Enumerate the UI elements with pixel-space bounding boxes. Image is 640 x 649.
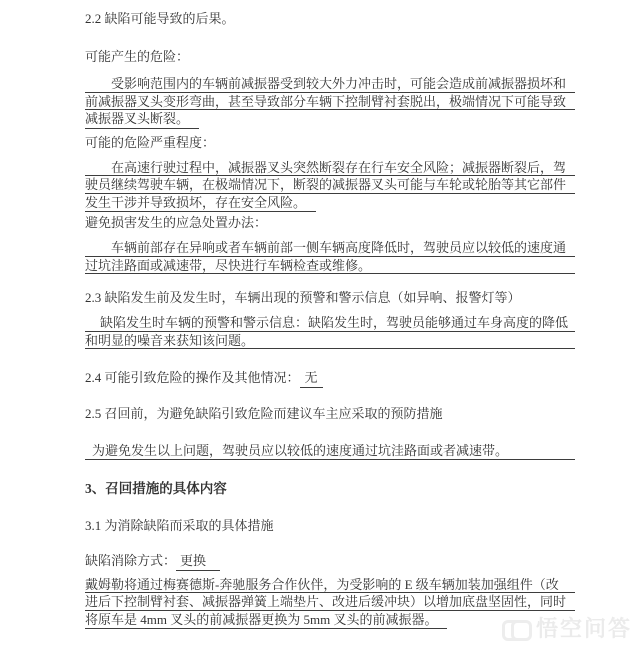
paragraph-line: 车辆前部存在异响或者车辆前部一侧车辆高度降低时，驾驶员应以较低的速度通: [85, 239, 575, 257]
paragraph-text: 减振器叉头断裂。: [85, 110, 199, 129]
section-heading-3-1: 3.1 为消除缺陷而采取的具体措施: [85, 517, 575, 535]
paragraph-text: 车辆前部存在异响或者车辆前部一侧车辆高度降低时，驾驶员应以较低的速度通: [111, 240, 566, 255]
severity-paragraph: 在高速行驶过程中，减振器叉头突然断裂存在行车安全风险；减振器断裂后，驾 驶员继续…: [85, 159, 575, 212]
paragraph-line: 前减振器叉头变形弯曲，甚至导致部分车辆下控制臂衬套脱出，极端情况下可能导致: [85, 93, 575, 111]
paragraph-line: 减振器叉头断裂。: [85, 110, 575, 128]
section-heading-2-2: 2.2 缺陷可能导致的后果。: [85, 10, 575, 28]
method-line: 缺陷消除方式：更换: [85, 552, 575, 571]
paragraph-line: 受影响范围内的车辆前减振器受到较大外力冲击时，可能会造成前减振器损坏和: [85, 75, 575, 93]
paragraph-text: 过坑洼路面或减速带，尽快进行车辆检查或维修。: [85, 258, 371, 273]
watermark-text: 悟空问答: [536, 612, 632, 643]
section-heading-2-3: 2.3 缺陷发生前及发生时，车辆出现的预警和警示信息（如异响、报警灯等）: [85, 289, 575, 307]
warning-paragraph: 缺陷发生时车辆的预警和警示信息：缺陷发生时，驾驶员能够通过车身高度的降低 和明显…: [85, 314, 575, 349]
section-heading-3: 3、召回措施的具体内容: [85, 480, 575, 498]
paragraph-text: 缺陷发生时车辆的预警和警示信息：缺陷发生时，驾驶员能够通过车身高度的降低: [100, 315, 568, 330]
emergency-label: 避免损害发生的应急处置办法：: [85, 214, 575, 232]
risk-paragraph: 受影响范围内的车辆前减振器受到较大外力冲击时，可能会造成前减振器损坏和 前减振器…: [85, 75, 575, 128]
method-label: 缺陷消除方式：: [85, 553, 176, 568]
paragraph-text: 在高速行驶过程中，减振器叉头突然断裂存在行车安全风险；减振器断裂后，驾: [111, 160, 566, 175]
emergency-paragraph: 车辆前部存在异响或者车辆前部一侧车辆高度降低时，驾驶员应以较低的速度通 过坑洼路…: [85, 239, 575, 274]
paragraph-text: 进后下控制臂衬套、减振器弹簧上端垫片、改进后缓冲块）以增加底盘坚固性，同时: [85, 594, 566, 609]
paragraph-text: 将原车是 4mm 叉头的前减振器更换为 5mm 叉头的前减振器。: [85, 611, 447, 630]
section-heading-2-5: 2.5 召回前，为避免缺陷引致危险而建议车主应采取的预防措施: [85, 405, 575, 423]
section-heading-text: 2.4 可能引致危险的操作及其他情况：: [85, 370, 300, 385]
paragraph-line: 缺陷发生时车辆的预警和警示信息：缺陷发生时，驾驶员能够通过车身高度的降低: [85, 314, 575, 332]
paragraph-text: 前减振器叉头变形弯曲，甚至导致部分车辆下控制臂衬套脱出，极端情况下可能导致: [85, 94, 566, 109]
wukong-qa-logo-icon: [502, 618, 528, 638]
paragraph-line: 进后下控制臂衬套、减振器弹簧上端垫片、改进后缓冲块）以增加底盘坚固性，同时: [85, 593, 575, 611]
paragraph-line: 过坑洼路面或减速带，尽快进行车辆检查或维修。: [85, 257, 575, 275]
paragraph-line: 戴姆勒将通过梅赛德斯-奔驰服务合作伙伴，为受影响的 E 级车辆加装加强组件（改: [85, 576, 575, 594]
paragraph-line: 和明显的噪音来获知该问题。: [85, 332, 575, 350]
prevention-paragraph: 为避免发生以上问题，驾驶员应以较低的速度通过坑洼路面或者减速带。: [85, 442, 575, 460]
paragraph-text: 驶员继续驾驶车辆，在极端情况下，断裂的减振器叉头可能与车轮或轮胎等其它部件: [85, 177, 566, 192]
paragraph-line: 驶员继续驾驶车辆，在极端情况下，断裂的减振器叉头可能与车轮或轮胎等其它部件: [85, 176, 575, 194]
paragraph-line: 在高速行驶过程中，减振器叉头突然断裂存在行车安全风险；减振器断裂后，驾: [85, 159, 575, 177]
paragraph-text: 为避免发生以上问题，驾驶员应以较低的速度通过坑洼路面或者减速带。: [92, 443, 508, 458]
paragraph-text: 受影响范围内的车辆前减振器受到较大外力冲击时，可能会造成前减振器损坏和: [111, 76, 566, 91]
section-heading-2-4: 2.4 可能引致危险的操作及其他情况：无: [85, 369, 575, 388]
paragraph-text: 发生干涉并导致损坏，存在安全风险。: [85, 194, 316, 213]
paragraph-text: 戴姆勒将通过梅赛德斯-奔驰服务合作伙伴，为受影响的 E 级车辆加装加强组件（改: [85, 577, 559, 592]
watermark: 悟空问答: [502, 612, 632, 643]
paragraph-text: 和明显的噪音来获知该问题。: [85, 333, 254, 348]
risk-label: 可能产生的危险：: [85, 48, 575, 66]
answer-value: 无: [300, 369, 323, 388]
paragraph-line: 为避免发生以上问题，驾驶员应以较低的速度通过坑洼路面或者减速带。: [85, 442, 575, 460]
severity-label: 可能的危险严重程度：: [85, 134, 575, 152]
recall-document-page: 2.2 缺陷可能导致的后果。 可能产生的危险： 受影响范围内的车辆前减振器受到较…: [0, 0, 640, 649]
method-value: 更换: [176, 552, 220, 571]
paragraph-line: 发生干涉并导致损坏，存在安全风险。: [85, 194, 575, 212]
